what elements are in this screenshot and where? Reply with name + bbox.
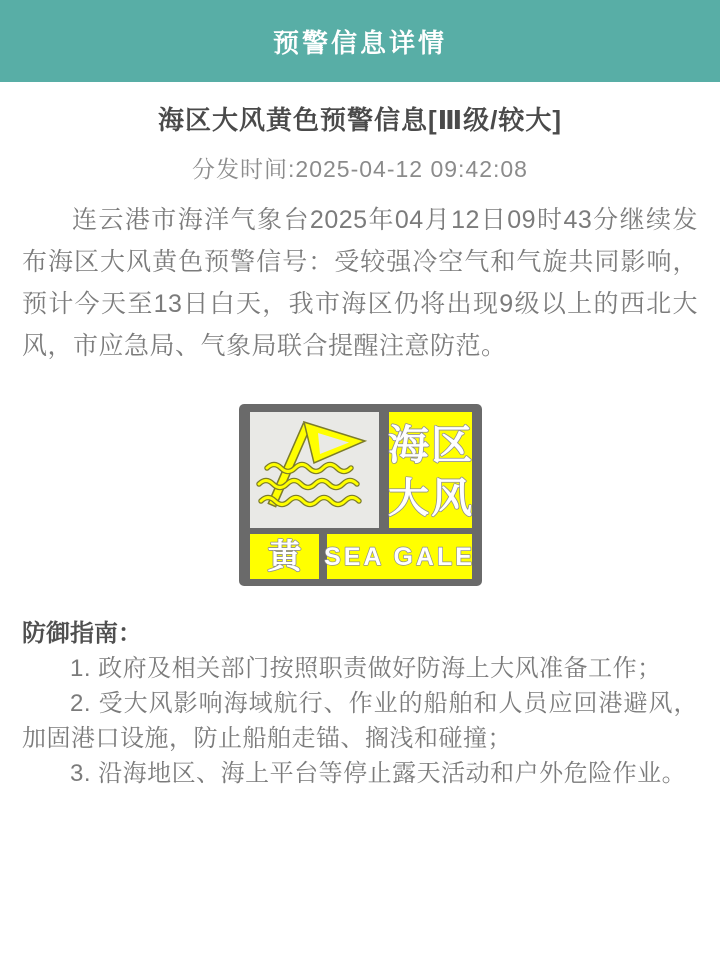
sign-name-cn-line2: 大风 bbox=[388, 475, 474, 521]
guide-item-3: 3. 沿海地区、海上平台等停止露天活动和户外危险作业。 bbox=[22, 756, 698, 791]
warning-content: 海区大风黄色预警信息[Ⅲ级/较大] 分发时间:2025-04-12 09:42:… bbox=[0, 100, 720, 791]
page-header: 预警信息详情 bbox=[0, 0, 720, 82]
sign-name-cn-line1: 海区 bbox=[388, 422, 474, 468]
page-title: 预警信息详情 bbox=[273, 23, 447, 60]
alert-title: 海区大风黄色预警信息[Ⅲ级/较大] bbox=[20, 100, 700, 137]
flag-waves-icon bbox=[250, 412, 379, 528]
warning-sign-graphic: 海区 大风 黄 SEA GALE bbox=[239, 404, 482, 586]
warning-detail-page: 预警信息详情 海区大风黄色预警信息[Ⅲ级/较大] 分发时间:2025-04-12… bbox=[0, 0, 720, 960]
guide-item-2: 2. 受大风影响海域航行、作业的船舶和人员应回港避风，加固港口设施，防止船舶走锚… bbox=[22, 686, 698, 756]
issue-time: 分发时间:2025-04-12 09:42:08 bbox=[0, 151, 720, 184]
guide-item-1: 1. 政府及相关部门按照职责做好防海上大风准备工作； bbox=[22, 651, 698, 686]
sea-gale-warning-sign: 海区 大风 黄 SEA GALE bbox=[0, 404, 720, 586]
alert-body-text: 连云港市海洋气象台2025年04月12日09时43分继续发布海区大风黄色预警信号… bbox=[22, 199, 698, 367]
sign-en-text: SEA GALE bbox=[324, 543, 475, 571]
sign-level-text: 黄 bbox=[267, 538, 303, 576]
defense-guide: 防御指南： 1. 政府及相关部门按照职责做好防海上大风准备工作； 2. 受大风影… bbox=[22, 613, 698, 791]
guide-heading: 防御指南： bbox=[22, 613, 698, 648]
